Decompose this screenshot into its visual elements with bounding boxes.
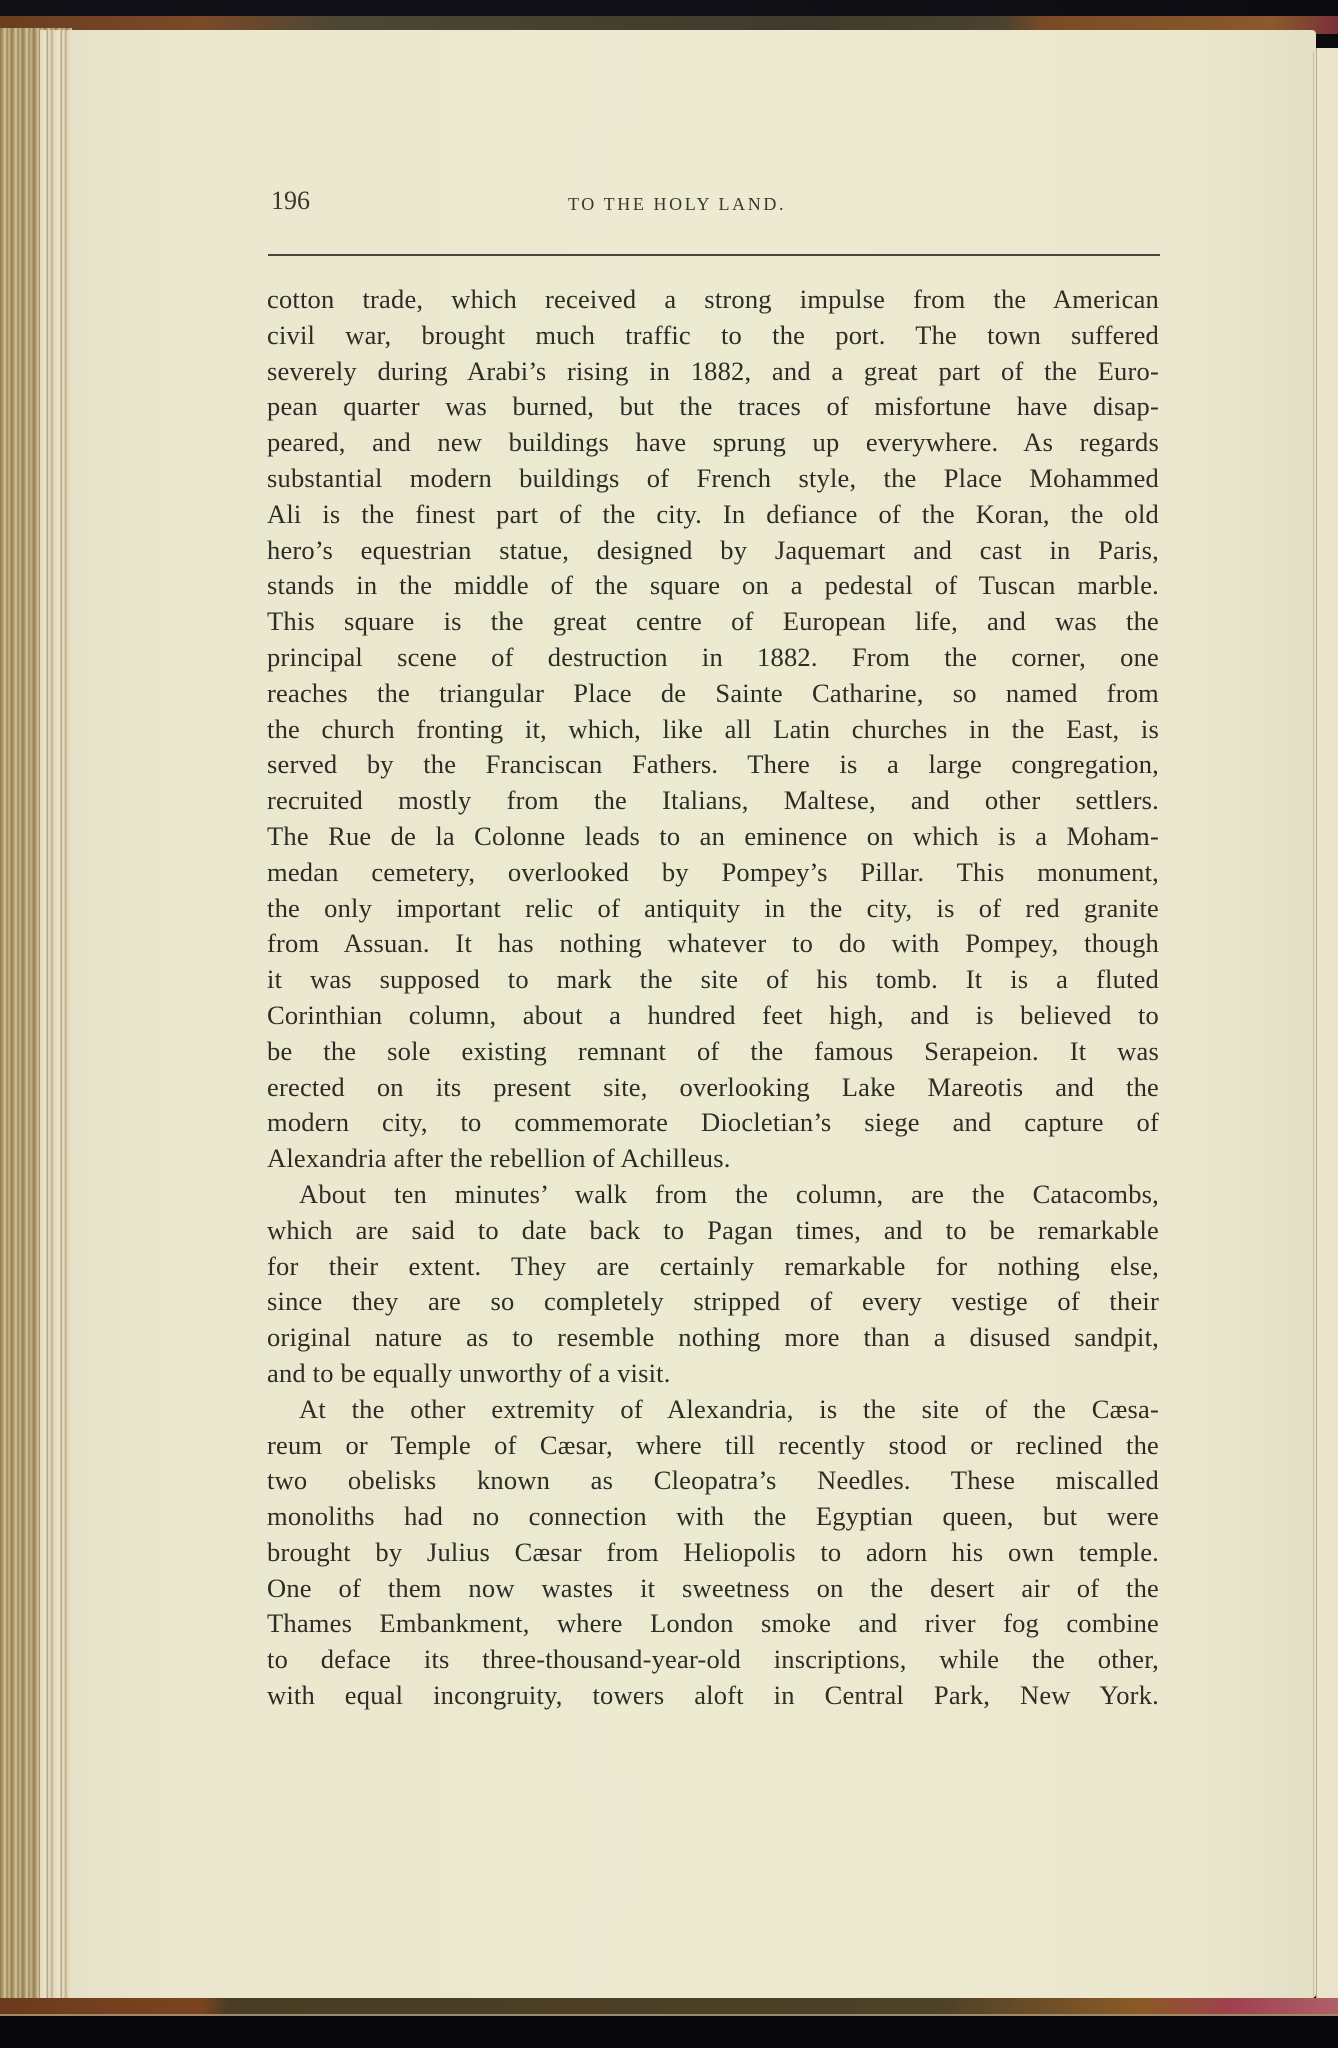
- text-line: since they are so completely stripped of…: [267, 1284, 1159, 1320]
- running-head-title: TO THE HOLY LAND.: [568, 194, 786, 215]
- text-line: Corinthian column, about a hundred feet …: [267, 998, 1159, 1034]
- paragraph-3: At the other extremity of Alexandria, is…: [267, 1392, 1159, 1714]
- text-line: reaches the triangular Place de Sainte C…: [267, 676, 1159, 712]
- paragraph-1: cotton trade, which received a strong im…: [267, 282, 1159, 1177]
- page-fold-line: [1313, 52, 1314, 1996]
- header-rule: [268, 254, 1160, 256]
- page-number: 196: [271, 186, 310, 216]
- page-stack-inner-edges: [40, 30, 72, 1998]
- text-line: peared, and new buildings have sprung up…: [267, 425, 1159, 461]
- text-line: the church fronting it, which, like all …: [267, 712, 1159, 748]
- text-line: it was supposed to mark the site of his …: [267, 962, 1159, 998]
- text-line: medan cemetery, overlooked by Pompey’s P…: [267, 855, 1159, 891]
- adjacent-page-edge: [1316, 48, 1338, 1998]
- text-line: hero’s equestrian statue, designed by Ja…: [267, 533, 1159, 569]
- text-line: and to be equally unworthy of a visit.: [267, 1356, 1159, 1392]
- text-line: stands in the middle of the square on a …: [267, 568, 1159, 604]
- text-line: recruited mostly from the Italians, Malt…: [267, 783, 1159, 819]
- text-line: civil war, brought much traffic to the p…: [267, 318, 1159, 354]
- text-line: to deface its three-thousand-year-old in…: [267, 1642, 1159, 1678]
- text-line: severely during Arabi’s rising in 1882, …: [267, 354, 1159, 390]
- running-header: 196 TO THE HOLY LAND.: [268, 186, 1160, 216]
- text-line: the only important relic of antiquity in…: [267, 891, 1159, 927]
- text-line: from Assuan. It has nothing whatever to …: [267, 926, 1159, 962]
- text-line: One of them now wastes it sweetness on t…: [267, 1571, 1159, 1607]
- text-line: erected on its present site, overlooking…: [267, 1070, 1159, 1106]
- text-line: be the sole existing remnant of the famo…: [267, 1034, 1159, 1070]
- text-line: principal scene of destruction in 1882. …: [267, 640, 1159, 676]
- book-binding-bottom-edge: [0, 1998, 1338, 2016]
- text-line: substantial modern buildings of French s…: [267, 461, 1159, 497]
- text-line: At the other extremity of Alexandria, is…: [267, 1392, 1159, 1428]
- text-line: The Rue de la Colonne leads to an eminen…: [267, 819, 1159, 855]
- text-line: with equal incongruity, towers aloft in …: [267, 1678, 1159, 1714]
- text-line: monoliths had no connection with the Egy…: [267, 1499, 1159, 1535]
- text-line: pean quarter was burned, but the traces …: [267, 389, 1159, 425]
- text-line: Ali is the finest part of the city. In d…: [267, 497, 1159, 533]
- text-line: two obelisks known as Cleopatra’s Needle…: [267, 1463, 1159, 1499]
- text-line: This square is the great centre of Europ…: [267, 604, 1159, 640]
- text-line: modern city, to commemorate Diocletian’s…: [267, 1105, 1159, 1141]
- text-line: original nature as to resemble nothing m…: [267, 1320, 1159, 1356]
- text-line: Thames Embankment, where London smoke an…: [267, 1606, 1159, 1642]
- text-line: for their extent. They are certainly rem…: [267, 1249, 1159, 1285]
- text-line: which are said to date back to Pagan tim…: [267, 1213, 1159, 1249]
- text-line: Alexandria after the rebellion of Achill…: [267, 1141, 1159, 1177]
- text-line: served by the Franciscan Fathers. There …: [267, 747, 1159, 783]
- body-text: cotton trade, which received a strong im…: [267, 282, 1159, 1714]
- text-line: About ten minutes’ walk from the column,…: [267, 1177, 1159, 1213]
- text-line: reum or Temple of Cæsar, where till rece…: [267, 1428, 1159, 1464]
- paragraph-2: About ten minutes’ walk from the column,…: [267, 1177, 1159, 1392]
- text-line: brought by Julius Cæsar from Heliopolis …: [267, 1535, 1159, 1571]
- text-line: cotton trade, which received a strong im…: [267, 282, 1159, 318]
